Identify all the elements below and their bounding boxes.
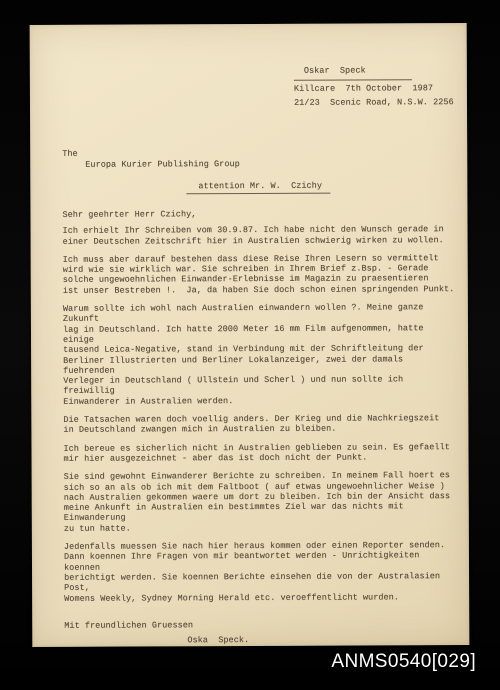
- letter-body: Sehr geehrter Herr Czichy, Ich erhielt I…: [62, 208, 457, 646]
- closing-line: Mit freundlichen Gruessen: [64, 619, 457, 631]
- salutation: Sehr geehrter Herr Czichy,: [62, 208, 455, 220]
- paragraph-2: Ich muss aber darauf bestehen dass diese…: [63, 253, 456, 296]
- paragraph-3: Warum sollte ich wohl nach Australien ei…: [63, 302, 456, 407]
- paragraph-7: Jedenfalls muessen Sie nach hier heraus …: [64, 540, 457, 603]
- paragraph-5: Ich bereue es sicherlich nicht in Austra…: [63, 442, 456, 464]
- sender-address: 21/23 Scenic Road, N.S.W. 2256: [294, 95, 454, 110]
- paragraph-1: Ich erhielt Ihr Schreiben vom 30.9.87. I…: [63, 224, 456, 246]
- sender-block: Oskar Speck Killcare 7th October 1987 21…: [294, 63, 454, 110]
- letter-page: Oskar Speck Killcare 7th October 1987 21…: [30, 23, 470, 647]
- attention-line: attention Mr. W. Czichy: [186, 181, 330, 195]
- recipient-company: Europa Kurier Publishing Group: [62, 159, 240, 171]
- paragraph-6: Sie sind gewohnt Einwanderer Berichte zu…: [64, 470, 457, 533]
- sender-name: Oskar Speck: [294, 63, 412, 81]
- archive-reference-label: ANMS0540[029]: [331, 651, 476, 673]
- photo-background: Oskar Speck Killcare 7th October 1987 21…: [0, 0, 500, 690]
- paragraph-4: Die Tatsachen waren doch voellig anders.…: [63, 413, 456, 435]
- sender-place-date: Killcare 7th October 1987: [294, 81, 454, 96]
- typed-signature: Oska Speck.: [64, 634, 457, 646]
- recipient-block: The Europa Kurier Publishing Group: [62, 148, 240, 171]
- recipient-line-the: The: [62, 148, 240, 160]
